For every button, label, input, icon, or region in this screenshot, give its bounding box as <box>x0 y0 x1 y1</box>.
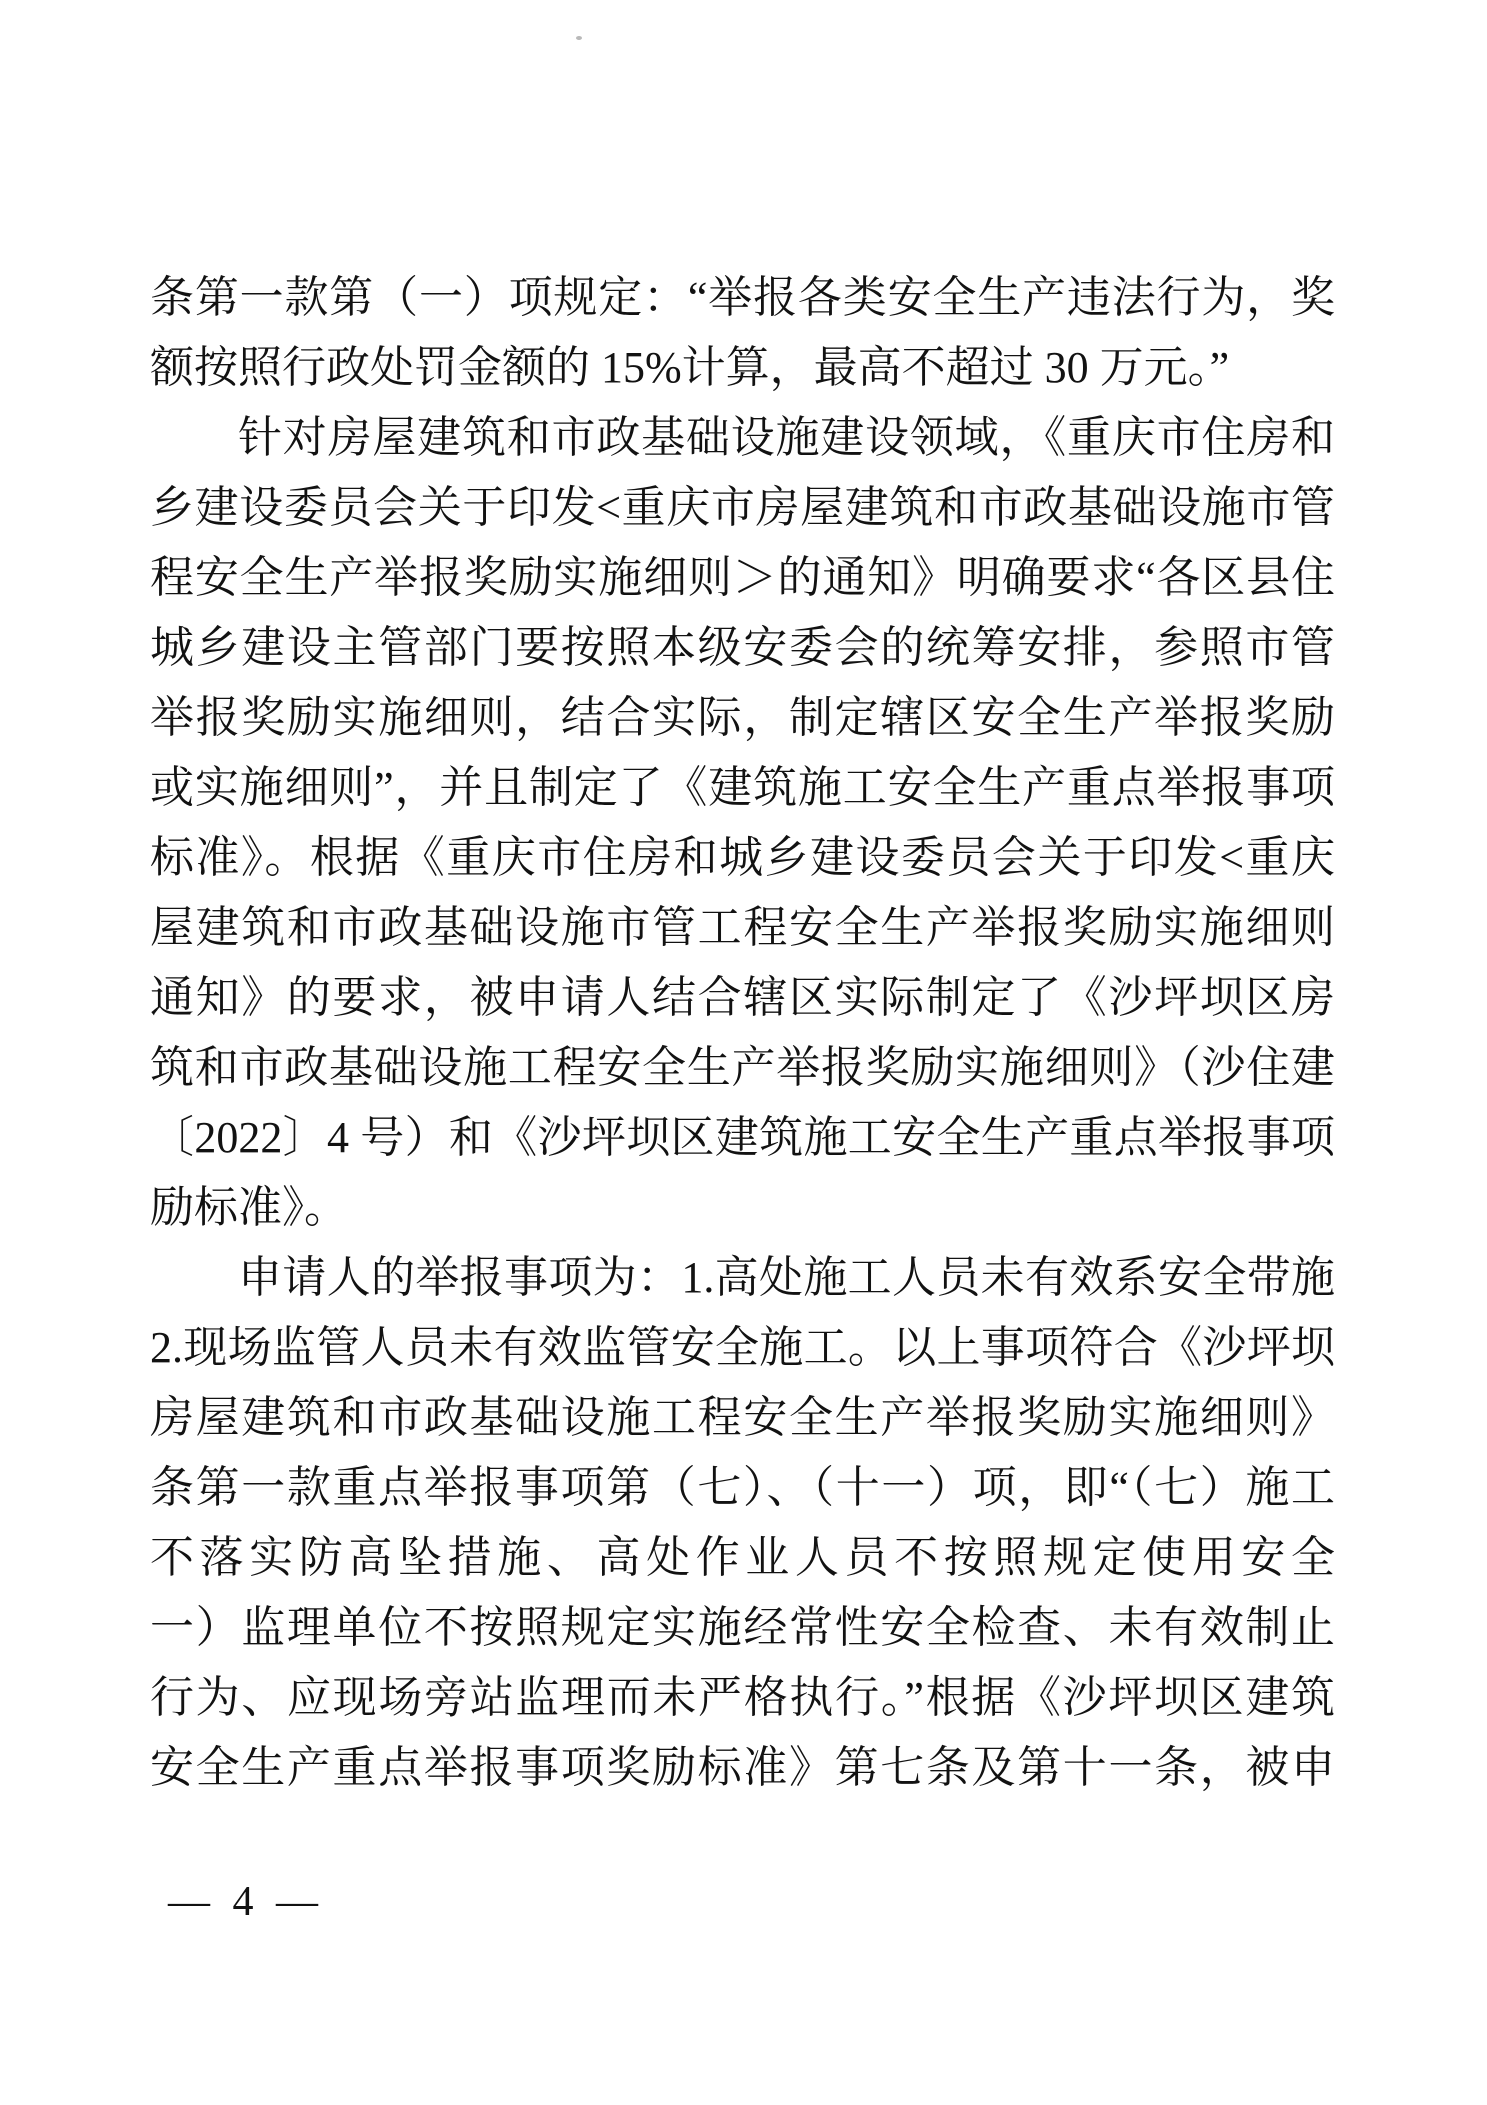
page-number: — 4 — <box>168 1872 324 1932</box>
text-line-1: 条第一款第（一）项规定：“举报各类安全生产违法行为，奖励金 <box>150 263 1335 333</box>
text-line-22: 安全生产重点举报事项奖励标准》第七条及第十一条，被申请人 <box>150 1733 1335 1803</box>
text-line-15: 申请人的举报事项为：1.高处施工人员未有效系安全带施工。 <box>150 1243 1335 1313</box>
text-line-6: 城乡建设主管部门要按照本级安委会的统筹安排，参照市管工程 <box>150 613 1335 683</box>
text-line-12: 筑和市政基础设施工程安全生产举报奖励实施细则》（沙住建发 <box>150 1033 1335 1103</box>
scan-artifact-dot <box>576 36 582 40</box>
text-line-7: 举报奖励实施细则，结合实际，制定辖区安全生产举报奖励办法 <box>150 683 1335 753</box>
text-line-10: 屋建筑和市政基础设施市管工程安全生产举报奖励实施细则＞的 <box>150 893 1335 963</box>
text-line-19: 不落实防高坠措施、高处作业人员不按照规定使用安全带；”、“（十 <box>150 1523 1335 1593</box>
text-line-3: 针对房屋建筑和市政基础设施建设领域，《重庆市住房和城 <box>150 403 1335 473</box>
text-line-16: 2.现场监管人员未有效监管安全施工。以上事项符合《沙坪坝区 <box>150 1313 1335 1383</box>
text-line-13: 〔2022〕4 号）和《沙坪坝区建筑施工安全生产重点举报事项奖 <box>150 1103 1335 1173</box>
text-line-17: 房屋建筑和市政基础设施工程安全生产举报奖励实施细则》第五 <box>150 1383 1335 1453</box>
text-line-2: 额按照行政处罚金额的 15%计算，最高不超过 30 万元。” <box>150 333 1335 403</box>
text-line-21: 行为、应现场旁站监理而未严格执行。”根据《沙坪坝区建筑施工 <box>150 1663 1335 1733</box>
text-line-18: 条第一款重点举报事项第（七）、（十一）项，即“（七）施工单位 <box>150 1453 1335 1523</box>
document-page: 条第一款第（一）项规定：“举报各类安全生产违法行为，奖励金额按照行政处罚金额的 … <box>0 0 1487 2105</box>
text-line-8: 或实施细则”，并且制定了《建筑施工安全生产重点举报事项奖励 <box>150 753 1335 823</box>
text-line-4: 乡建设委员会关于印发<重庆市房屋建筑和市政基础设施市管工 <box>150 473 1335 543</box>
text-line-11: 通知》的要求，被申请人结合辖区实际制定了《沙坪坝区房屋建 <box>150 963 1335 1033</box>
text-line-14: 励标准》。 <box>150 1173 1335 1243</box>
text-line-9: 标准》。根据《重庆市住房和城乡建设委员会关于印发<重庆市房 <box>150 823 1335 893</box>
document-body: 条第一款第（一）项规定：“举报各类安全生产违法行为，奖励金额按照行政处罚金额的 … <box>150 263 1335 1803</box>
text-line-20: 一）监理单位不按照规定实施经常性安全检查、未有效制止违规 <box>150 1593 1335 1663</box>
text-line-5: 程安全生产举报奖励实施细则＞的通知》明确要求“各区县住房 <box>150 543 1335 613</box>
